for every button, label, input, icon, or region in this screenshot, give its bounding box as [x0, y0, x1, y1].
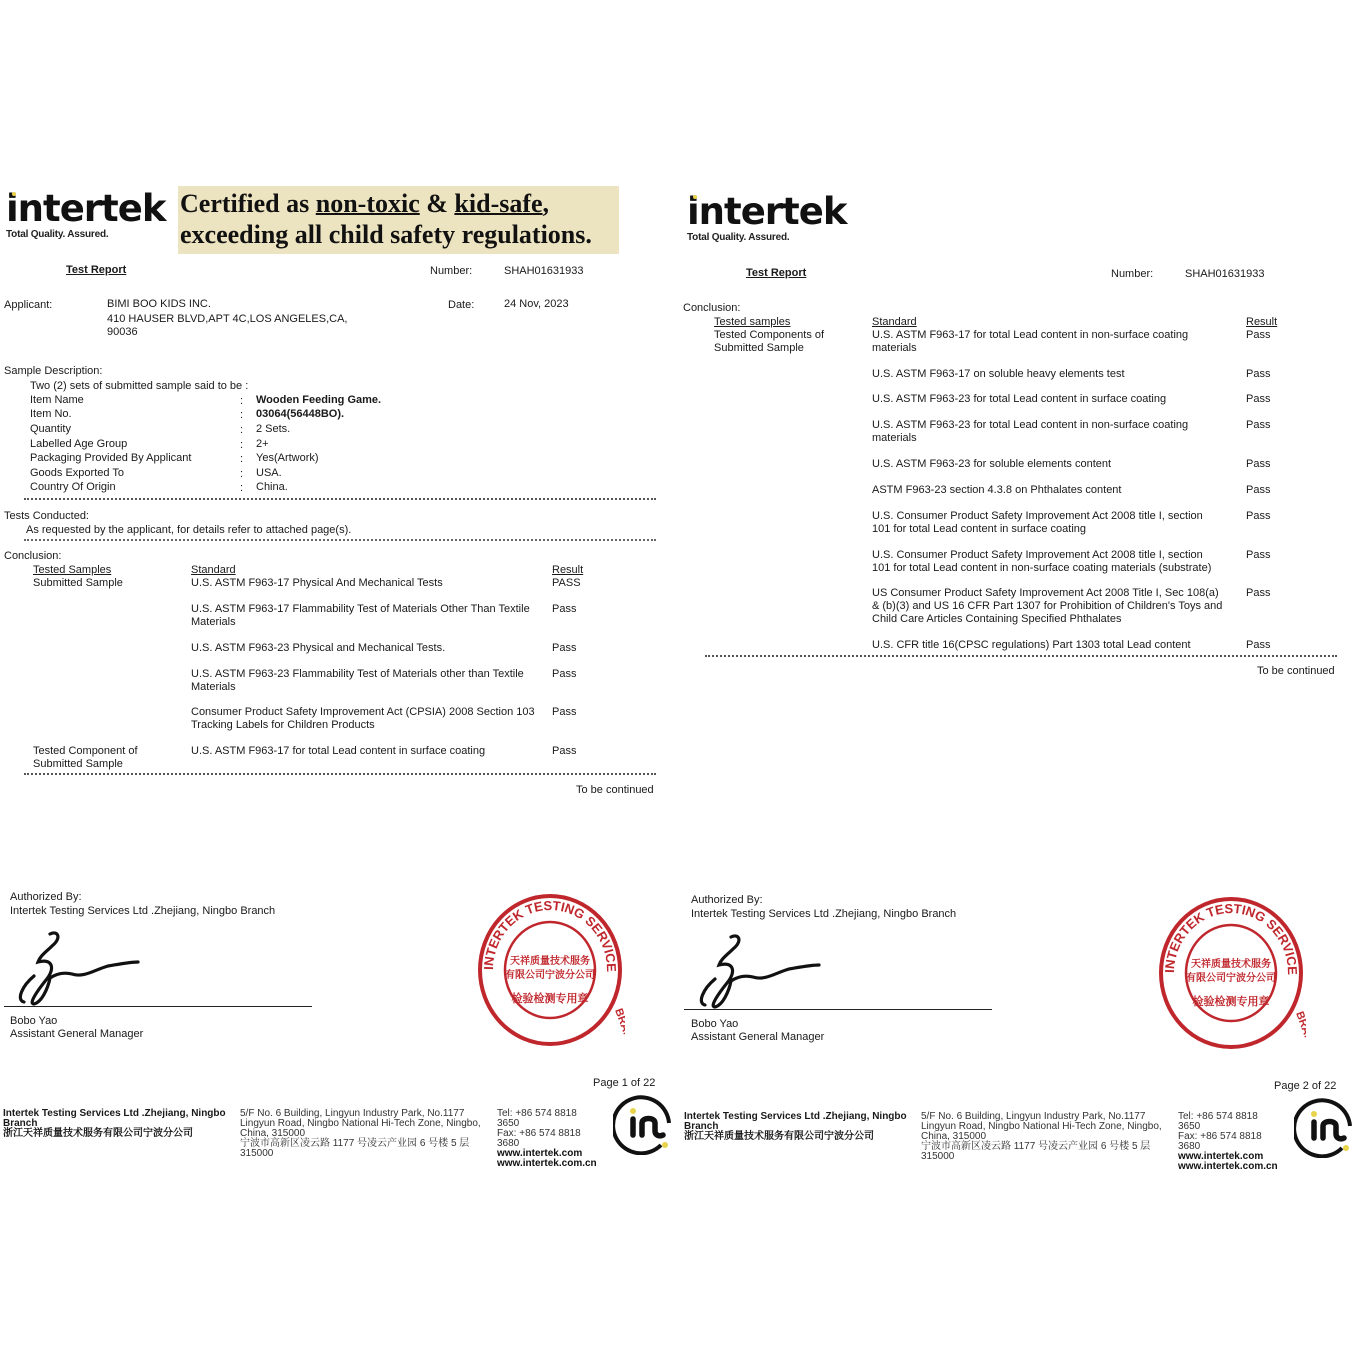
- result-cell: Pass: [1246, 484, 1270, 497]
- report-date: 24 Nov, 2023: [504, 298, 569, 311]
- svg-text:BRANCH: BRANCH: [1293, 1010, 1306, 1053]
- signer-title: Assistant General Manager: [691, 1031, 824, 1044]
- report-page-1: intertek Total Quality. Assured. Test Re…: [0, 0, 679, 1358]
- signature-line: [4, 1006, 312, 1007]
- logo-dot-icon: [12, 192, 16, 196]
- colon-separator: :: [240, 395, 243, 408]
- result-cell: Pass: [552, 603, 576, 616]
- sample-field-label: Item No.: [30, 408, 72, 421]
- signature-line: [684, 1009, 992, 1010]
- intertek-in-logo-icon: [613, 1093, 675, 1155]
- result-cell: Pass: [1246, 393, 1270, 406]
- intertek-logo: intertek Total Quality. Assured.: [6, 190, 165, 240]
- result-cell: PASS: [552, 577, 581, 590]
- sample-field-label: Item Name: [30, 394, 84, 407]
- signer-title: Assistant General Manager: [10, 1028, 143, 1041]
- sample-intro: Two (2) sets of submitted sample said to…: [30, 380, 248, 393]
- intertek-logo: intertek Total Quality. Assured.: [687, 193, 846, 243]
- applicant-zip: 90036: [107, 326, 138, 339]
- result-cell: Pass: [1246, 587, 1270, 600]
- report-page-2: intertek Total Quality. Assured. Test Re…: [679, 0, 1358, 1358]
- sample-field-value: Wooden Feeding Game.: [256, 394, 381, 407]
- authorized-org: Intertek Testing Services Ltd .Zhejiang,…: [10, 905, 275, 918]
- sample-field-label: Labelled Age Group: [30, 438, 127, 451]
- tests-conducted-label: Tests Conducted:: [4, 510, 89, 523]
- col-tested-samples: Tested Samples: [33, 564, 111, 577]
- standard-cell: U.S. ASTM F963-23 Flammability Test of M…: [191, 668, 549, 694]
- standard-cell: ASTM F963-23 section 4.3.8 on Phthalates…: [872, 484, 1224, 497]
- report-number: SHAH01631933: [504, 265, 584, 278]
- signer-name: Bobo Yao: [10, 1015, 57, 1028]
- footer-company: Intertek Testing Services Ltd .Zhejiang,…: [684, 1112, 907, 1142]
- number-label: Number:: [430, 265, 472, 278]
- standard-cell: Consumer Product Safety Improvement Act …: [191, 706, 549, 732]
- standard-cell: U.S. ASTM F963-17 for total Lead content…: [872, 329, 1224, 355]
- result-cell: Pass: [1246, 419, 1270, 432]
- footer-company: Intertek Testing Services Ltd .Zhejiang,…: [3, 1109, 226, 1139]
- result-cell: Pass: [1246, 329, 1270, 342]
- colon-separator: :: [240, 468, 243, 481]
- footer-address: 5/F No. 6 Building, Lingyun Industry Par…: [921, 1112, 1162, 1162]
- colon-separator: :: [240, 482, 243, 495]
- logo-dot-icon: [693, 195, 697, 199]
- applicant-address: 410 HAUSER BLVD,APT 4C,LOS ANGELES,CA,: [107, 313, 347, 326]
- divider: [24, 539, 656, 544]
- applicant-name: BIMI BOO KIDS INC.: [107, 298, 211, 311]
- website-cn-link[interactable]: www.intertek.com.cn: [497, 1159, 597, 1169]
- intertek-in-logo-icon: [1294, 1096, 1356, 1158]
- standard-cell: U.S. CFR title 16(CPSC regulations) Part…: [872, 639, 1224, 652]
- result-cell: Pass: [1246, 368, 1270, 381]
- sample-field-value: China.: [256, 481, 288, 494]
- signature-icon: [12, 928, 142, 1008]
- standard-cell: U.S. Consumer Product Safety Improvement…: [872, 549, 1224, 575]
- sample-field-value: 03064(56448BO).: [256, 408, 344, 421]
- sample-field-label: Country Of Origin: [30, 481, 116, 494]
- authorized-org: Intertek Testing Services Ltd .Zhejiang,…: [691, 908, 956, 921]
- divider: [24, 773, 656, 779]
- website-cn-link[interactable]: www.intertek.com.cn: [1178, 1162, 1278, 1172]
- result-cell: Pass: [1246, 639, 1270, 652]
- conclusion-label: Conclusion:: [683, 302, 740, 315]
- to-be-continued: To be continued: [576, 784, 654, 797]
- footer-contact: Tel: +86 574 88183650Fax: +86 574 881836…: [497, 1109, 597, 1169]
- svg-text:检验检测专用章: 检验检测专用章: [512, 991, 589, 1005]
- footer-address: 5/F No. 6 Building, Lingyun Industry Par…: [240, 1109, 481, 1159]
- sample-field-label: Goods Exported To: [30, 467, 124, 480]
- date-label: Date:: [448, 299, 474, 312]
- footer-contact: Tel: +86 574 88183650Fax: +86 574 881836…: [1178, 1112, 1278, 1172]
- svg-text:BRANCH: BRANCH: [612, 1007, 625, 1050]
- tests-conducted-text: As requested by the applicant, for detai…: [26, 524, 351, 537]
- number-label: Number:: [1111, 268, 1153, 281]
- standard-cell: U.S. ASTM F963-17 for total Lead content…: [191, 745, 549, 758]
- col-tested-samples: Tested samples: [714, 316, 790, 329]
- applicant-label: Applicant:: [4, 299, 52, 312]
- company-seal-icon: INTERTEK TESTING SERVICES LTD. ZHEJIANG …: [1156, 893, 1306, 1056]
- sample-field-label: Packaging Provided By Applicant: [30, 452, 191, 465]
- colon-separator: :: [240, 439, 243, 452]
- sample-field-value: Yes(Artwork): [256, 452, 319, 465]
- to-be-continued: To be continued: [1257, 665, 1335, 678]
- report-title: Test Report: [66, 264, 126, 277]
- report-title: Test Report: [746, 267, 806, 280]
- tested-sample-cell: Tested Component of Submitted Sample: [33, 745, 163, 771]
- conclusion-label: Conclusion:: [4, 550, 61, 563]
- result-cell: Pass: [552, 642, 576, 655]
- standard-cell: U.S. ASTM F963-23 for total Lead content…: [872, 419, 1224, 445]
- col-result: Result: [1246, 316, 1277, 329]
- svg-text:有限公司宁波分公司: 有限公司宁波分公司: [1186, 971, 1276, 984]
- col-standard: Standard: [872, 316, 917, 329]
- standard-cell: U.S. ASTM F963-17 Flammability Test of M…: [191, 603, 549, 629]
- colon-separator: :: [240, 424, 243, 437]
- authorized-label: Authorized By:: [10, 891, 82, 904]
- sample-field-value: 2 Sets.: [256, 423, 290, 436]
- svg-text:天祥质量技术服务: 天祥质量技术服务: [1191, 957, 1271, 970]
- svg-text:有限公司宁波分公司: 有限公司宁波分公司: [505, 968, 595, 981]
- colon-separator: :: [240, 409, 243, 422]
- signer-name: Bobo Yao: [691, 1018, 738, 1031]
- signature-icon: [693, 931, 823, 1011]
- tested-sample-cell: Submitted Sample: [33, 577, 163, 590]
- result-cell: Pass: [1246, 458, 1270, 471]
- standard-cell: US Consumer Product Safety Improvement A…: [872, 587, 1224, 626]
- standard-cell: U.S. Consumer Product Safety Improvement…: [872, 510, 1224, 536]
- sample-field-value: USA.: [256, 467, 282, 480]
- page-number: Page 1 of 22: [593, 1077, 655, 1090]
- col-standard: Standard: [191, 564, 236, 577]
- company-seal-icon: INTERTEK TESTING SERVICES LTD. ZHEJIANG …: [475, 890, 625, 1053]
- divider: [24, 498, 656, 504]
- result-cell: Pass: [552, 668, 576, 681]
- divider: [705, 655, 1337, 661]
- page-number: Page 2 of 22: [1274, 1080, 1336, 1093]
- sample-description-label: Sample Description:: [4, 365, 102, 378]
- colon-separator: :: [240, 453, 243, 466]
- svg-text:检验检测专用章: 检验检测专用章: [1193, 994, 1270, 1008]
- standard-cell: U.S. ASTM F963-23 Physical and Mechanica…: [191, 642, 549, 655]
- result-cell: Pass: [1246, 549, 1270, 562]
- result-cell: Pass: [552, 706, 576, 719]
- standard-cell: U.S. ASTM F963-17 on soluble heavy eleme…: [872, 368, 1224, 381]
- standard-cell: U.S. ASTM F963-23 for total Lead content…: [872, 393, 1224, 406]
- authorized-label: Authorized By:: [691, 894, 763, 907]
- sample-field-label: Quantity: [30, 423, 71, 436]
- standard-cell: U.S. ASTM F963-17 Physical And Mechanica…: [191, 577, 549, 590]
- result-cell: Pass: [552, 745, 576, 758]
- report-number: SHAH01631933: [1185, 268, 1265, 281]
- col-result: Result: [552, 564, 583, 577]
- sample-group: Tested Components of Submitted Sample: [714, 329, 844, 355]
- standard-cell: U.S. ASTM F963-23 for soluble elements c…: [872, 458, 1224, 471]
- result-cell: Pass: [1246, 510, 1270, 523]
- svg-text:天祥质量技术服务: 天祥质量技术服务: [510, 954, 590, 967]
- sample-field-value: 2+: [256, 438, 269, 451]
